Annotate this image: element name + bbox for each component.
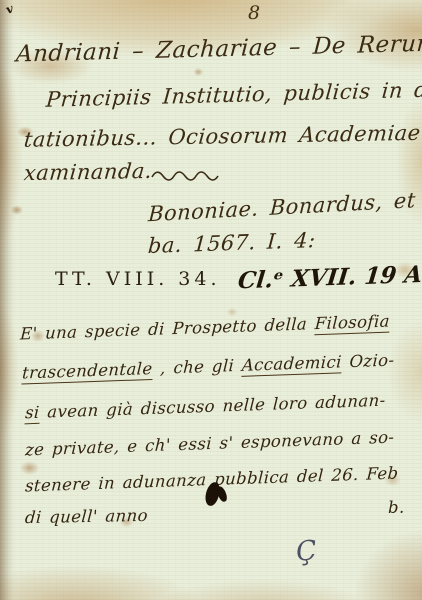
entry-title-line-2: Principiis Institutio, publicis in dispu… [45,76,422,111]
imprint-line-2: ba. 1567. I. 4: [147,228,316,258]
entry-title-line-3: tationibus... Ociosorum Academiae e- [23,120,422,152]
note-line-2-end: Ozio- [341,350,395,371]
note-line-6: di quell' anno [24,506,148,527]
binding-shadow [0,0,14,600]
note-line-2-mid: , che gli [152,356,242,378]
note-underlined-accademici: Accademici [241,352,342,377]
note-line-1-text: E' una specie di Prospetto della [20,314,316,343]
entry-title-line-4: xaminanda. [23,159,153,185]
shelfmark-script: Cl.ᵉ XVII. 19 A. [237,261,422,295]
shelfmark-printed: TT. VIII. 34. [55,268,221,290]
entry-title-line-1: Andriani – Zachariae – De Rerum [15,30,422,67]
note-underlined-si: si [25,403,41,425]
note-line-1: E' una specie di Prospetto della Filosof… [20,312,391,344]
note-line-3-text: avean già discusso nelle loro adunan- [39,391,386,422]
note-line-5-wrap: b. [388,498,405,517]
note-underlined-trascendentale: trascendentale [22,359,154,385]
flourish-squiggle [150,168,224,182]
page-number: 8 [248,2,260,24]
note-line-4: ze private, e ch' essi s' esponevano a s… [25,428,395,460]
note-line-2: trascendentale , che gli Accademici Ozio… [22,350,395,382]
note-underlined-filosofia: Filosofia [314,312,390,336]
manuscript-page: v 8 Andriani – Zachariae – De Rerum Prin… [0,0,422,600]
pencil-mark: Ç [294,535,318,568]
imprint-line-1: Bononiae. Bonardus, et Fa- [148,186,422,226]
corner-mark: v [4,1,15,17]
note-line-3: si avean già discusso nelle loro adunan- [25,391,387,423]
